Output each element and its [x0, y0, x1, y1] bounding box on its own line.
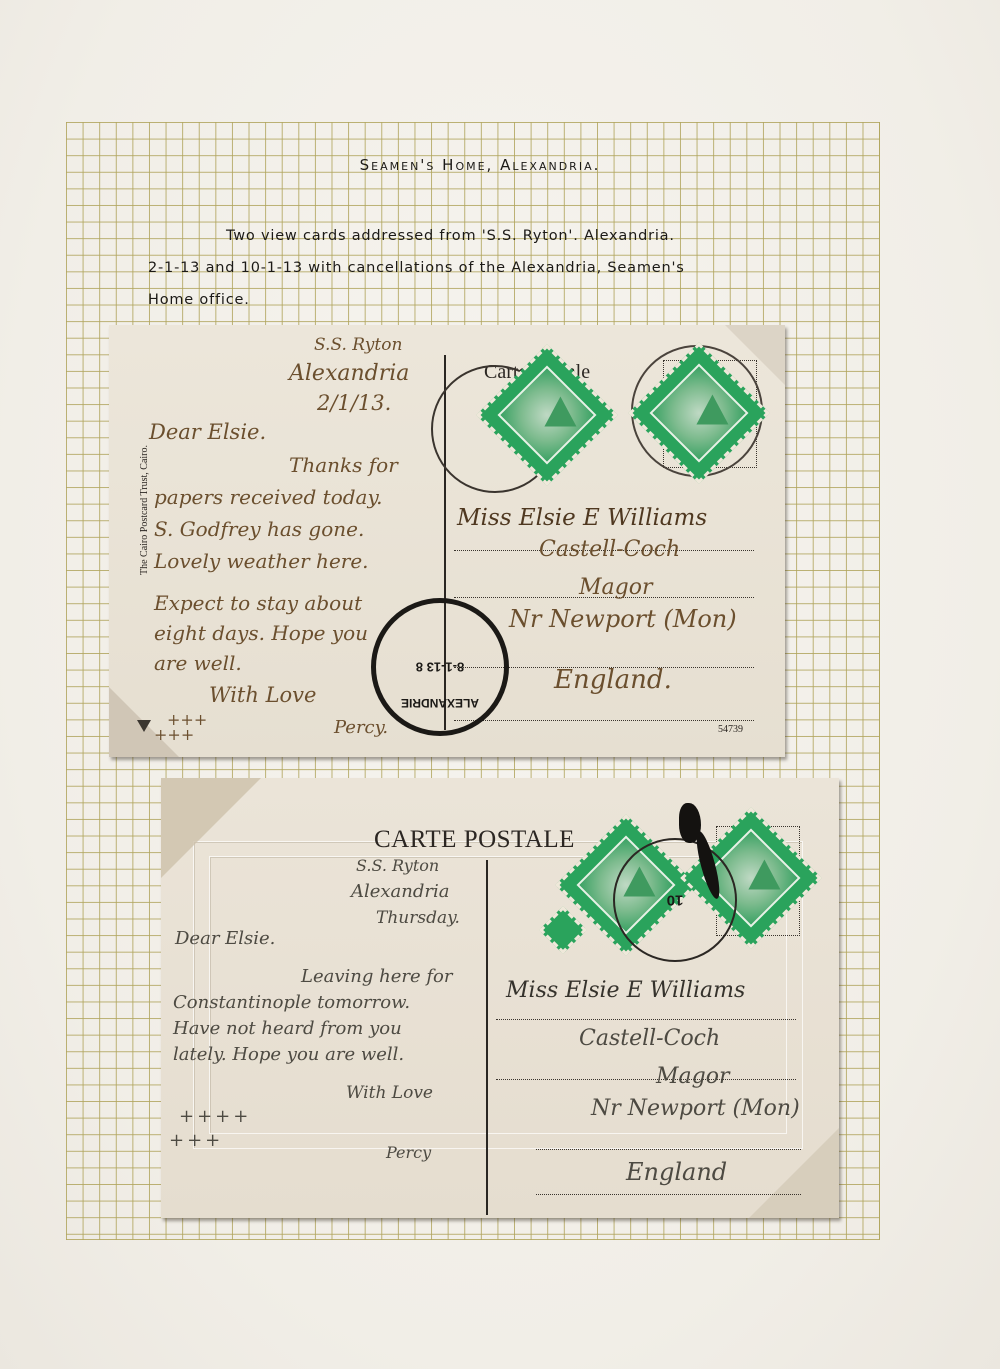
recipient-name: Miss Elsie E Williams	[457, 505, 707, 531]
message-line: Have not heard from you	[173, 1018, 402, 1039]
message-signature: Percy.	[334, 717, 388, 738]
postcard-1: Carte Postale The Cairo Postcard Trust, …	[109, 325, 785, 757]
message-date: Thursday.	[376, 908, 460, 928]
message-heading: Alexandria	[351, 881, 450, 902]
kisses: +++	[169, 1130, 223, 1151]
message-line: Lovely weather here.	[154, 549, 369, 573]
postcard-2: CARTE POSTALE S.S. Ryton Alexandria Thur…	[161, 778, 839, 1218]
address-line	[536, 1194, 801, 1195]
address-line-text: Castell-Coch	[539, 537, 680, 562]
kisses: ++++	[179, 1106, 251, 1127]
message-closing: With Love	[346, 1083, 433, 1103]
page-description: Two view cards addressed from 'S.S. Ryto…	[148, 220, 828, 316]
card-divider	[486, 860, 488, 1215]
page-title: Seamen's Home, Alexandria.	[0, 156, 960, 174]
address-line	[536, 1149, 801, 1150]
address-line-text: Castell-Coch	[579, 1026, 720, 1051]
serial-number: 54739	[718, 724, 743, 735]
message-line: S. Godfrey has gone.	[154, 517, 364, 541]
message-date: 2/1/13.	[317, 391, 391, 415]
description-line: Two view cards addressed from 'S.S. Ryto…	[148, 220, 828, 252]
description-line: 2-1-13 and 10-1-13 with cancellations of…	[148, 252, 828, 284]
message-line: Leaving here for	[301, 966, 452, 987]
message-closing: With Love	[209, 683, 316, 707]
address-line	[454, 720, 754, 721]
album-page: Seamen's Home, Alexandria. Two view card…	[0, 0, 1000, 1369]
kisses: +++	[154, 725, 194, 744]
address-line-text: England.	[554, 665, 672, 695]
publisher-imprint: The Cairo Postcard Trust, Cairo.	[139, 445, 150, 575]
recipient-name: Miss Elsie E Williams	[506, 978, 745, 1003]
publisher-logo-icon	[137, 720, 151, 732]
postmark-seamens-home: 10	[613, 838, 737, 962]
description-line: Home office.	[148, 284, 828, 316]
message-heading: Alexandria	[289, 361, 409, 386]
address-line-text: Magor	[656, 1064, 730, 1089]
address-line-text: Magor	[579, 575, 653, 600]
message-salutation: Dear Elsie.	[149, 420, 266, 444]
address-line-text: Nr Newport (Mon)	[509, 605, 737, 633]
message-line: Expect to stay about	[154, 591, 362, 615]
message-line: lately. Hope you are well.	[173, 1044, 404, 1065]
postmark-alexandrie: 8-1-13 8 ALEXANDRIE	[371, 598, 509, 736]
card-header: CARTE POSTALE	[374, 826, 575, 854]
mount-corner	[161, 778, 261, 878]
message-line: eight days. Hope you	[154, 621, 368, 645]
message-heading: S.S. Ryton	[314, 335, 402, 355]
message-line: Constantinople tomorrow.	[173, 992, 410, 1013]
message-heading: S.S. Ryton	[356, 856, 439, 875]
message-line: Thanks for	[289, 453, 398, 477]
message-signature: Percy	[386, 1143, 431, 1162]
message-line: are well.	[154, 651, 242, 675]
message-line: papers received today.	[154, 485, 382, 509]
address-line	[496, 1079, 796, 1080]
message-salutation: Dear Elsie.	[175, 928, 275, 949]
address-line-text: Nr Newport (Mon)	[591, 1096, 800, 1121]
address-line	[496, 1019, 796, 1020]
mount-corner	[749, 1128, 839, 1218]
address-line-text: England	[626, 1158, 727, 1186]
